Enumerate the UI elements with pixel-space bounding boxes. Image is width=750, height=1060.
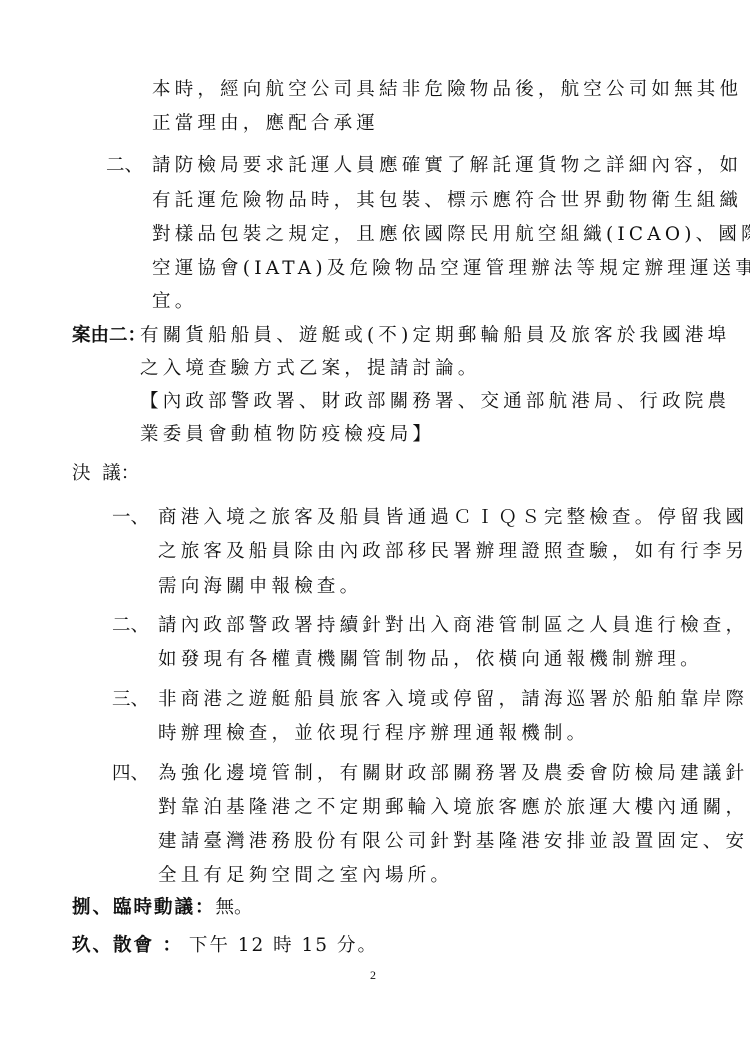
item-number: 一、 xyxy=(112,506,149,530)
text-line: 請防檢局要求託運人員應確實了解託運貨物之詳細內容，如 xyxy=(152,154,742,178)
text-line: 有託運危險物品時，其包裝、標示應符合世界動物衛生組織 xyxy=(152,189,742,213)
section-text: 下午 12 時 15 分。 xyxy=(189,935,378,956)
document-page: 本時，經向航空公司具結非危險物品後，航空公司如無其他 正當理由，應配合承運 二、… xyxy=(0,0,750,1060)
text-line: 請內政部警政署持續針對出入商港管制區之人員進行檢查， xyxy=(158,614,748,638)
text-line: 時辦理檢查，並依現行程序辦理通報機制。 xyxy=(158,722,589,746)
section-text: 無。 xyxy=(216,897,253,918)
section-label: 玖、散會 ： xyxy=(72,935,183,956)
item-number: 二、 xyxy=(112,614,149,638)
text-line: 商港入境之旅客及船員皆通過ＣＩＱＳ完整檢查。停留我國 xyxy=(158,506,748,530)
text-line: 需向海關申報檢查。 xyxy=(158,575,362,599)
text-line: 非商港之遊艇船員旅客入境或停留，請海巡署於船舶靠岸際 xyxy=(158,688,748,712)
text-line: 【內政部警政署、財政部關務署、交通部航港局、行政院農 xyxy=(140,390,730,414)
text-line: 建請臺灣港務股份有限公司針對基隆港安排並設置固定、安 xyxy=(158,830,748,854)
text-line: 有關貨船船員、遊艇或(不)定期郵輪船員及旅客於我國港埠 xyxy=(140,324,730,348)
text-line: 之旅客及船員除由內政部移民署辦理證照查驗，如有行李另 xyxy=(158,540,748,564)
item-number: 二、 xyxy=(106,154,143,178)
resolution-label: 決 議： xyxy=(72,462,139,486)
text-line: 為強化邊境管制，有關財政部關務署及農委會防檢局建議針 xyxy=(158,762,748,786)
section-nine: 玖、散會 ： 下午 12 時 15 分。 xyxy=(72,934,378,958)
text-line: 對樣品包裝之規定，且應依國際民用航空組織(ICAO)、國際 xyxy=(152,223,750,247)
text-line: 之入境查驗方式乙案，提請討論。 xyxy=(140,357,481,381)
text-line: 宜。 xyxy=(152,290,197,314)
text-line: 業委員會動植物防疫檢疫局】 xyxy=(140,423,435,447)
text-line: 本時，經向航空公司具結非危險物品後，航空公司如無其他 xyxy=(152,78,742,102)
item-number: 四、 xyxy=(112,762,149,786)
text-line: 全且有足夠空間之室內場所。 xyxy=(158,864,453,888)
text-line: 空運協會(IATA)及危險物品空運管理辦法等規定辦理運送事 xyxy=(152,257,750,281)
page-number: 2 xyxy=(370,968,376,983)
case-label: 案由二： xyxy=(72,324,146,348)
item-number: 三、 xyxy=(112,688,149,712)
text-line: 正當理由，應配合承運 xyxy=(152,112,379,136)
section-label: 捌、臨時動議： xyxy=(72,897,216,918)
section-eight: 捌、臨時動議：無。 xyxy=(72,896,253,920)
text-line: 對靠泊基隆港之不定期郵輪入境旅客應於旅運大樓內通關， xyxy=(158,796,748,820)
text-line: 如發現有各權責機關管制物品，依橫向通報機制辦理。 xyxy=(158,648,703,672)
